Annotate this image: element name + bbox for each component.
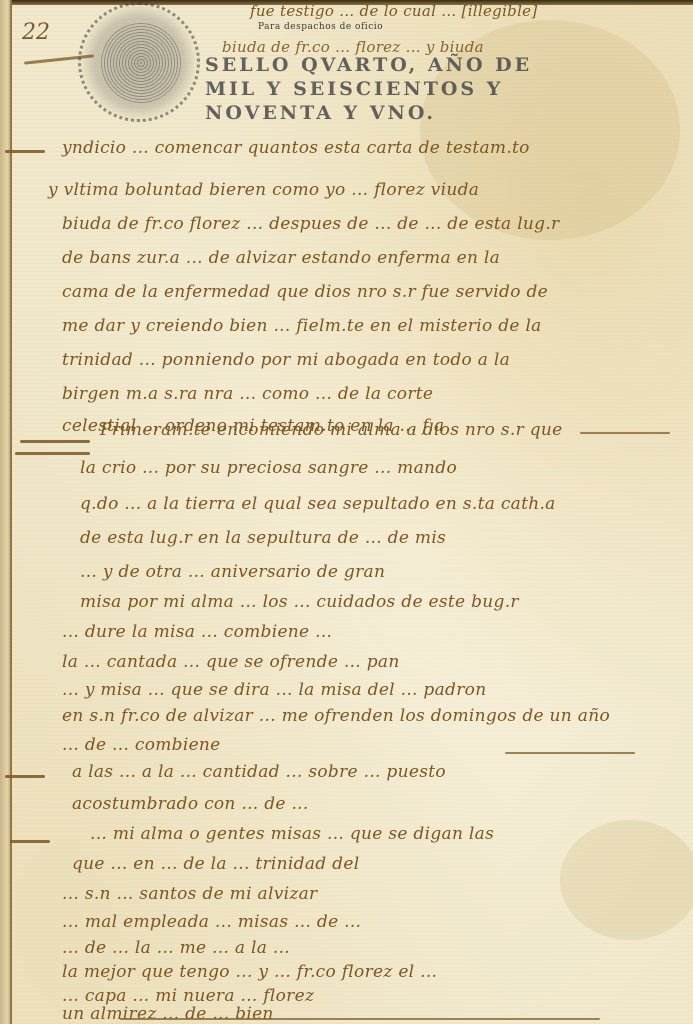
body-line: en s.n fr.co de alvizar ... me ofrenden …	[62, 706, 610, 726]
body-line: ... capa ... mi nuera ... florez	[62, 986, 314, 1006]
body-line: la ... cantada ... que se ofrende ... pa…	[62, 652, 400, 672]
body-line: yndicio ... comencar quantos esta carta …	[62, 138, 530, 158]
closing-rule	[120, 1018, 600, 1020]
body-line: birgen m.a s.ra nra ... como ... de la c…	[62, 384, 433, 404]
margin-dash	[5, 775, 45, 778]
body-line: ... y de otra ... aniversario de gran	[80, 562, 385, 582]
seal-stamp-center	[101, 23, 181, 103]
body-line: cama de la enfermedad que dios nro s.r f…	[62, 282, 548, 302]
body-line: trinidad ... ponniendo por mi abogada en…	[62, 350, 510, 370]
binding-line	[10, 0, 12, 1024]
line-end-rule	[505, 752, 635, 754]
body-line: ... s.n ... santos de mi alvizar	[62, 884, 317, 904]
body-line: de esta lug.r en la sepultura de ... de …	[80, 528, 446, 548]
line-end-rule	[580, 432, 670, 434]
stamp-printed-line-1: SELLO QVARTO, AÑO DE	[205, 54, 532, 76]
margin-dash	[15, 452, 90, 455]
body-line: la crio ... por su preciosa sangre ... m…	[80, 458, 457, 478]
body-line: ... de ... combiene	[62, 735, 221, 755]
body-line: y vltima boluntad bieren como yo ... flo…	[48, 180, 479, 200]
water-stain	[560, 820, 693, 940]
body-line: ... mi alma o gentes misas ... que se di…	[90, 824, 494, 844]
body-line: la mejor que tengo ... y ... fr.co flore…	[62, 962, 437, 982]
body-line: ... mal empleada ... misas ... de ...	[62, 912, 361, 932]
body-line: me dar y creiendo bien ... fielm.te en e…	[62, 316, 542, 336]
header-handwriting-1: fue testigo ... de lo cual ... [illegibl…	[250, 2, 538, 20]
margin-dash	[10, 840, 50, 843]
body-line: a las ... a la ... cantidad ... sobre ..…	[72, 762, 446, 782]
stamp-printed-line-3: NOVENTA Y VNO.	[205, 102, 436, 124]
body-line: un almirez ... de ... bien	[62, 1004, 274, 1024]
body-line: biuda de fr.co florez ... despues de ...…	[62, 214, 560, 234]
body-line: misa por mi alma ... los ... cuidados de…	[80, 592, 519, 612]
body-line: de bans zur.a ... de alvizar estando enf…	[62, 248, 500, 268]
folio-number: 22	[22, 20, 50, 45]
body-line: Primeram.te encomiendo mi alma a dios nr…	[100, 420, 563, 440]
body-line: ... de ... la ... me ... a la ...	[62, 938, 290, 958]
margin-dash	[5, 150, 45, 153]
body-line: que ... en ... de la ... trinidad del	[72, 854, 359, 874]
seal-stamp-icon	[78, 2, 200, 122]
body-line: acostumbrado con ... de ...	[72, 794, 309, 814]
manuscript-page: 22 fue testigo ... de lo cual ... [illeg…	[0, 0, 693, 1024]
body-line: ... dure la misa ... combiene ...	[62, 622, 332, 642]
stamp-printed-line-2: MIL Y SEISCIENTOS Y	[205, 78, 503, 100]
margin-dash	[20, 440, 90, 443]
body-line: q.do ... a la tierra el qual sea sepulta…	[80, 494, 556, 514]
stamp-printed-subtitle: Para despachos de oficio	[258, 22, 383, 32]
body-line: ... y misa ... que se dira ... la misa d…	[62, 680, 486, 700]
